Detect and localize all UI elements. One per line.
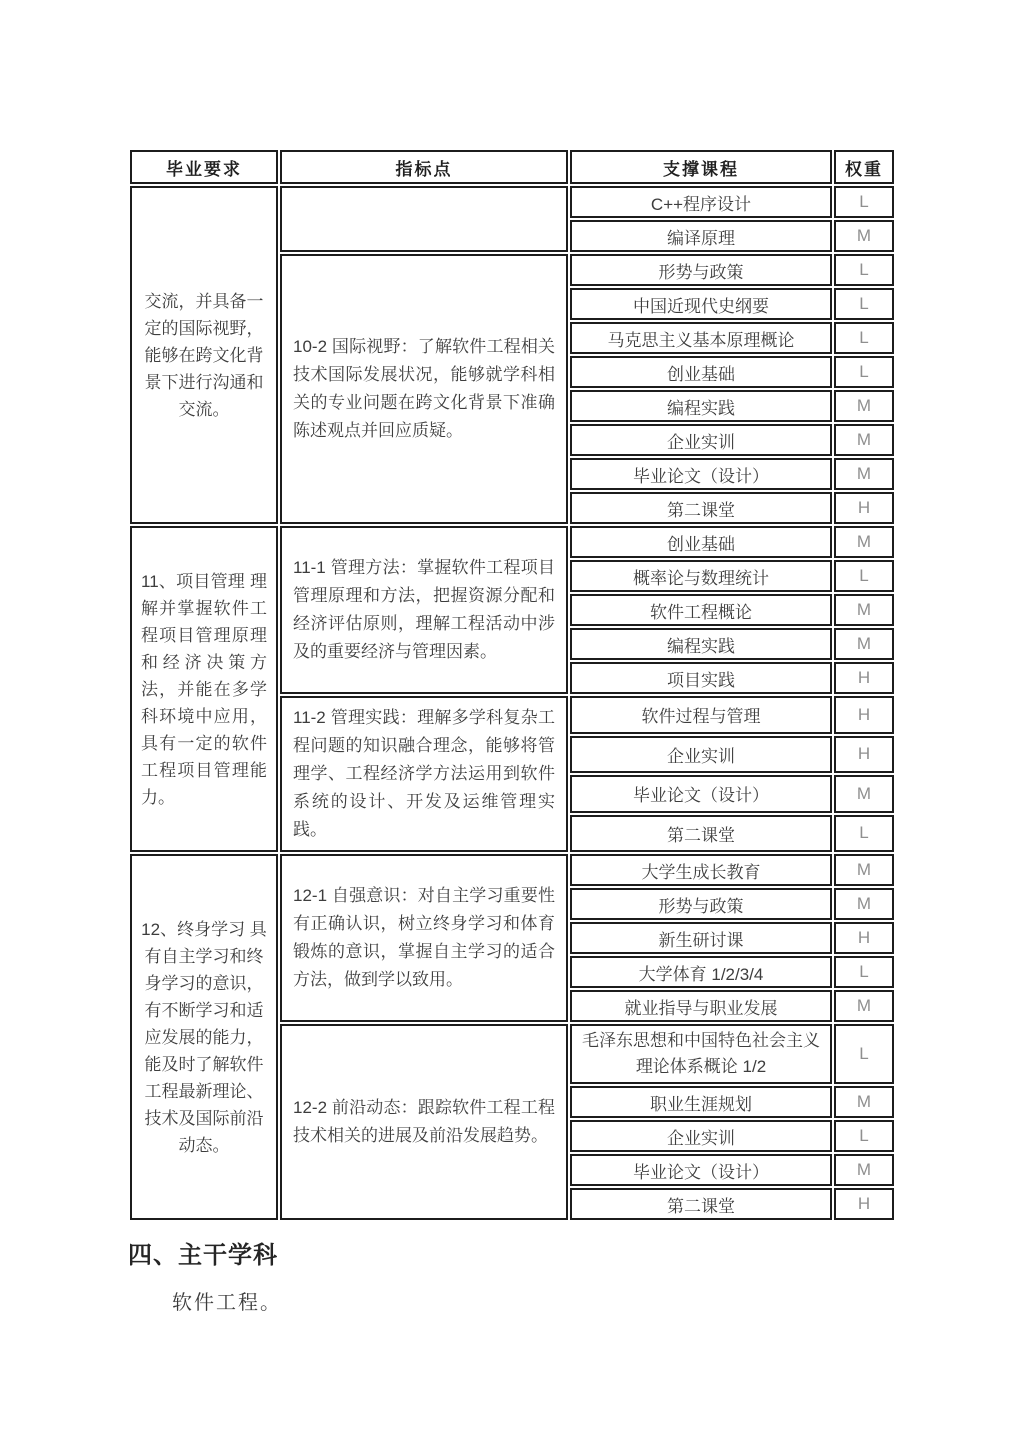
weight-cell: M [834, 888, 894, 920]
curriculum-matrix-table: 毕业要求 指标点 支撑课程 权重 交流，并具备一定的国际视野，能够在跨文化背景下… [128, 148, 896, 1222]
weight-cell: H [834, 492, 894, 524]
indicator-cell: 12-1 自强意识：对自主学习重要性有正确认识，树立终身学习和体育锻炼的意识，掌… [280, 854, 568, 1022]
course-cell: 创业基础 [570, 356, 832, 388]
weight-cell: M [834, 1086, 894, 1118]
course-cell: 编译原理 [570, 220, 832, 252]
course-cell: 企业实训 [570, 424, 832, 456]
course-cell: 毕业论文（设计） [570, 1154, 832, 1186]
section-heading-main-discipline: 四、主干学科 [128, 1235, 278, 1270]
weight-cell: M [834, 854, 894, 886]
weight-cell: M [834, 990, 894, 1022]
column-header-supporting-course: 支撑课程 [570, 150, 832, 184]
course-cell: 第二课堂 [570, 815, 832, 853]
table-row: 12、终身学习 具有自主学习和终身学习的意识，有不断学习和适应发展的能力，能及时… [130, 854, 894, 886]
weight-cell: L [834, 1120, 894, 1152]
course-cell: 形势与政策 [570, 254, 832, 286]
course-cell: 创业基础 [570, 526, 832, 558]
indicator-cell [280, 186, 568, 252]
requirement-cell: 12、终身学习 具有自主学习和终身学习的意识，有不断学习和适应发展的能力，能及时… [130, 854, 278, 1220]
weight-cell: M [834, 526, 894, 558]
course-cell: 项目实践 [570, 662, 832, 694]
weight-cell: H [834, 922, 894, 954]
table-header-row: 毕业要求 指标点 支撑课程 权重 [130, 150, 894, 184]
course-cell: 企业实训 [570, 1120, 832, 1152]
course-cell: 概率论与数理统计 [570, 560, 832, 592]
weight-cell: L [834, 254, 894, 286]
document-page: 毕业要求 指标点 支撑课程 权重 交流，并具备一定的国际视野，能够在跨文化背景下… [0, 0, 1024, 1448]
requirement-cell: 交流，并具备一定的国际视野，能够在跨文化背景下进行沟通和交流。 [130, 186, 278, 524]
course-cell: 毕业论文（设计） [570, 458, 832, 490]
weight-cell: M [834, 458, 894, 490]
column-header-graduation-requirement: 毕业要求 [130, 150, 278, 184]
weight-cell: H [834, 662, 894, 694]
course-cell: 中国近现代史纲要 [570, 288, 832, 320]
weight-cell: L [834, 956, 894, 988]
weight-cell: L [834, 322, 894, 354]
course-cell: 就业指导与职业发展 [570, 990, 832, 1022]
course-cell: 形势与政策 [570, 888, 832, 920]
weight-cell: L [834, 186, 894, 218]
course-cell: 毕业论文（设计） [570, 775, 832, 813]
weight-cell: L [834, 356, 894, 388]
weight-cell: M [834, 220, 894, 252]
course-cell: 编程实践 [570, 390, 832, 422]
column-header-weight: 权重 [834, 150, 894, 184]
course-cell: 编程实践 [570, 628, 832, 660]
weight-cell: M [834, 775, 894, 813]
course-cell: C++程序设计 [570, 186, 832, 218]
weight-cell: H [834, 696, 894, 734]
indicator-cell: 10-2 国际视野：了解软件工程相关技术国际发展状况，能够就学科相关的专业问题在… [280, 254, 568, 524]
weight-cell: L [834, 560, 894, 592]
course-cell: 软件过程与管理 [570, 696, 832, 734]
weight-cell: L [834, 815, 894, 853]
course-cell: 大学体育 1/2/3/4 [570, 956, 832, 988]
table-row: 11、项目管理 理解并掌握软件工程项目管理原理和经济决策方法，并能在多学科环境中… [130, 526, 894, 558]
weight-cell: L [834, 288, 894, 320]
weight-cell: M [834, 594, 894, 626]
weight-cell: H [834, 736, 894, 774]
requirement-cell: 11、项目管理 理解并掌握软件工程项目管理原理和经济决策方法，并能在多学科环境中… [130, 526, 278, 852]
weight-cell: M [834, 1154, 894, 1186]
weight-cell: M [834, 628, 894, 660]
indicator-cell: 12-2 前沿动态：跟踪软件工程工程技术相关的进展及前沿发展趋势。 [280, 1024, 568, 1220]
indicator-cell: 11-1 管理方法：掌握软件工程项目管理原理和方法，把握资源分配和经济评估原则，… [280, 526, 568, 694]
course-cell: 企业实训 [570, 736, 832, 774]
course-cell: 新生研讨课 [570, 922, 832, 954]
weight-cell: M [834, 424, 894, 456]
weight-cell: H [834, 1188, 894, 1220]
course-cell: 第二课堂 [570, 492, 832, 524]
course-cell: 职业生涯规划 [570, 1086, 832, 1118]
course-cell: 毛泽东思想和中国特色社会主义理论体系概论 1/2 [570, 1024, 832, 1084]
course-cell: 马克思主义基本原理概论 [570, 322, 832, 354]
course-cell: 第二课堂 [570, 1188, 832, 1220]
weight-cell: M [834, 390, 894, 422]
indicator-cell: 11-2 管理实践：理解多学科复杂工程问题的知识融合理念，能够将管理学、工程经济… [280, 696, 568, 852]
section-body-main-discipline: 软件工程。 [172, 1286, 282, 1315]
course-cell: 软件工程概论 [570, 594, 832, 626]
table-row: 交流，并具备一定的国际视野，能够在跨文化背景下进行沟通和交流。 C++程序设计 … [130, 186, 894, 218]
weight-cell: L [834, 1024, 894, 1084]
column-header-indicator-point: 指标点 [280, 150, 568, 184]
course-cell: 大学生成长教育 [570, 854, 832, 886]
